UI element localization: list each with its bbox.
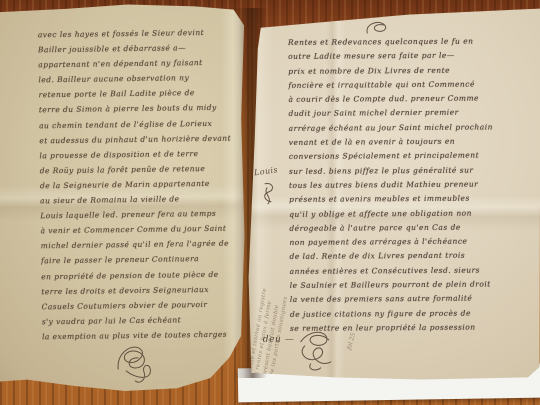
- left-page-handwriting: avec les hayes et fossés le Sieur devint…: [38, 24, 244, 344]
- photo-of-manuscript: avec les hayes et fossés le Sieur devint…: [0, 0, 540, 405]
- manuscript-right-page: Rentes et Redevances quelconques le fu e…: [247, 2, 540, 397]
- marginal-paraph-icon: [259, 180, 279, 210]
- right-page-handwriting: Rentes et Redevances quelconques le fu e…: [288, 34, 536, 336]
- left-signature-flourish-icon: [108, 341, 164, 391]
- manuscript-left-page: avec les hayes et fossés le Sieur devint…: [0, 2, 254, 392]
- marginal-note: Louis: [254, 165, 279, 177]
- right-signature-flourish-icon: [287, 324, 339, 378]
